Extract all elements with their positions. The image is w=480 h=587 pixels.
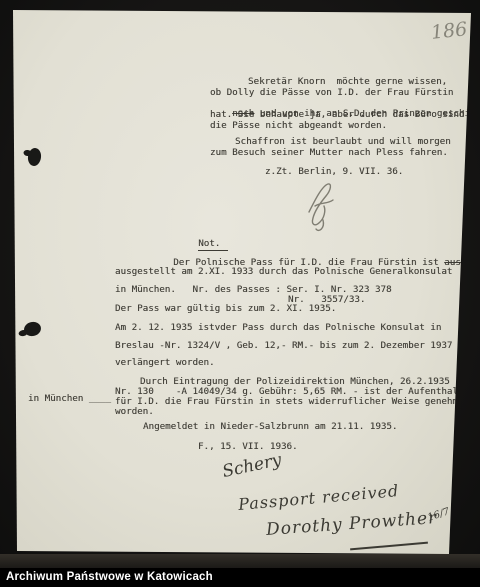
typed-line: F., 15. VII. 1936. [198,442,298,452]
hole-punch-bottom [23,320,43,337]
scanned-document-page: 186 Sekretär Knorn möchte gerne wissen, … [0,0,480,587]
paper-sheet: 186 Sekretär Knorn möchte gerne wissen, … [0,0,480,565]
typed-line: hat. Sie behaupte ja, aber durch das Bür… [210,110,464,120]
signature-dorothy-prowther: Dorothy Prowther [266,508,438,540]
typed-line: Der Pass war gültig bis zum 2. XI. 1935. [115,304,336,314]
archive-name: Archiwum Państwowe w Katowicach [6,571,213,583]
page-number-pencil: 186 [430,18,468,44]
typed-line: ob Dolly die Pässe von I.D. der Frau Für… [210,88,453,98]
signature-scribble: Schery [221,450,284,482]
typed-line: Am 2. 12. 1935 istvder Pass durch das Po… [115,323,441,333]
initials-paraph-scribble [295,178,345,233]
passport-received-note: Passport received [237,481,400,514]
dateline: z.Zt. Berlin, 9. VII. 36. [265,167,403,177]
typed-line: Sekretär Knorn möchte gerne wissen, [248,77,447,87]
signature-underline [350,542,428,550]
margin-note: in München ____ [28,394,111,404]
archive-footer-bar: Archiwum Państwowe w Katowicach [0,568,480,587]
typed-line: Angemeldet in Nieder-Salzbrunn am 21.11.… [143,422,397,432]
typed-line: für I.D. die Frau Fürstin in stets wider… [115,397,469,407]
typed-line: ausgestellt am 2.XI. 1933 durch das Poln… [115,267,452,277]
scan-edge-strip [0,554,480,568]
typed-line: die Pässe nicht abgeandt worden. [210,121,387,131]
typed-line: worden. [115,407,154,417]
typed-line: Schaffron ist beurlaubt und will morgen [235,137,451,147]
typed-line: verlängert worden. [115,358,215,368]
typed-line: Breslau -Nr. 1324/V , Geb. 12,- RM.- bis… [115,341,452,351]
typed-line: zum Besuch seiner Mutter nach Pless fahr… [210,148,448,158]
hole-punch-top [27,147,42,167]
